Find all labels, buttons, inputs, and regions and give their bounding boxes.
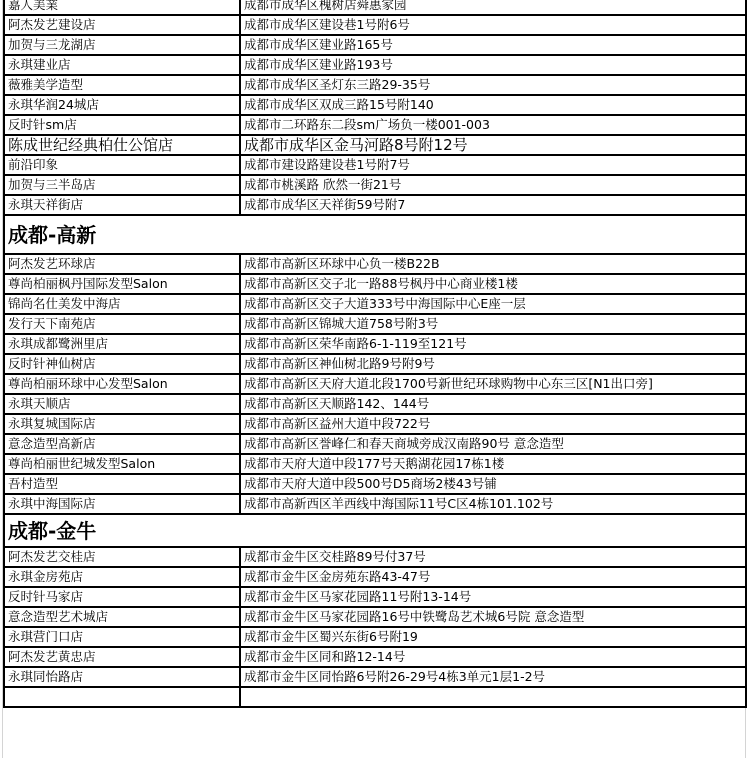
store-address-cell[interactable]: 成都市成华区金马河路8号附12号 xyxy=(240,135,746,155)
store-address-cell[interactable]: 成都市金牛区金房苑东路43-47号 xyxy=(240,567,746,587)
store-name-cell[interactable]: 前沿印象 xyxy=(4,155,240,175)
table-row: 反时针神仙树店 成都市高新区神仙树北路9号附9号 xyxy=(4,354,746,374)
table-row: 陈成世纪经典柏仕公馆店 成都市成华区金马河路8号附12号 xyxy=(4,135,746,155)
store-address-cell[interactable]: 成都市成华区建业路165号 xyxy=(240,35,746,55)
store-address-cell[interactable]: 成都市成华区建业路193号 xyxy=(240,55,746,75)
store-name-cell[interactable]: 吾村造型 xyxy=(4,474,240,494)
store-address-cell[interactable]: 成都市建设路建设巷1号附7号 xyxy=(240,155,746,175)
table-row: 意念造型高新店 成都市高新区誉峰仁和春天商城旁成汉南路90号 意念造型 xyxy=(4,434,746,454)
table-row: 发行天下南苑店 成都市高新区锦城大道758号附3号 xyxy=(4,314,746,334)
store-address-cell[interactable]: 成都市高新区交子北一路88号枫丹中心商业楼1楼 xyxy=(240,274,746,294)
store-address-cell[interactable]: 成都市天府大道中段177号天鹅湖花园17栋1楼 xyxy=(240,454,746,474)
store-name-cell[interactable]: 阿杰发艺建设店 xyxy=(4,15,240,35)
empty-cell[interactable] xyxy=(4,687,240,707)
store-name-cell[interactable]: 加贺与三半岛店 xyxy=(4,175,240,195)
store-name-cell[interactable]: 嘉人美業 xyxy=(4,0,240,15)
store-address-cell[interactable]: 成都市高新区誉峰仁和春天商城旁成汉南路90号 意念造型 xyxy=(240,434,746,454)
store-name-cell[interactable]: 意念造型艺术城店 xyxy=(4,607,240,627)
store-address-cell[interactable]: 成都市金牛区同怡路6号附26-29号4栋3单元1层1-2号 xyxy=(240,667,746,687)
store-name-cell[interactable]: 永琪华润24城店 xyxy=(4,95,240,115)
store-address-cell[interactable]: 成都市金牛区马家花园路11号附13-14号 xyxy=(240,587,746,607)
store-address-cell[interactable]: 成都市金牛区交桂路89号付37号 xyxy=(240,547,746,567)
store-address-cell[interactable]: 成都市二环路东二段sm广场负一楼001-003 xyxy=(240,115,746,135)
store-name-cell[interactable]: 反时针神仙树店 xyxy=(4,354,240,374)
store-address-cell[interactable]: 成都市成华区天祥街59号附7 xyxy=(240,195,746,215)
table-row: 永琪建业店 成都市成华区建业路193号 xyxy=(4,55,746,75)
store-address-cell[interactable]: 成都市高新西区羊西线中海国际11号C区4栋101.102号 xyxy=(240,494,746,514)
store-name-cell[interactable]: 加贺与三龙湖店 xyxy=(4,35,240,55)
store-name-cell[interactable]: 阿杰发艺环球店 xyxy=(4,254,240,274)
section-title[interactable]: 成都-金牛 xyxy=(4,514,746,547)
store-address-cell[interactable]: 成都市天府大道中段500号D5商场2楼43号铺 xyxy=(240,474,746,494)
store-name-cell[interactable]: 反时针sm店 xyxy=(4,115,240,135)
table-row: 永琪金房苑店 成都市金牛区金房苑东路43-47号 xyxy=(4,567,746,587)
table-row: 薇雅美学造型 成都市成华区圣灯东三路29-35号 xyxy=(4,75,746,95)
store-table: 嘉人美業 成都市成华区槐树店舜惠家园 阿杰发艺建设店 成都市成华区建设巷1号附6… xyxy=(3,0,747,708)
store-address-cell[interactable]: 成都市成华区双成三路15号附140 xyxy=(240,95,746,115)
section-header-gaoxin: 成都-高新 xyxy=(4,215,746,254)
table-row: 阿杰发艺环球店 成都市高新区环球中心负一楼B22B xyxy=(4,254,746,274)
table-row: 永琪同怡路店 成都市金牛区同怡路6号附26-29号4栋3单元1层1-2号 xyxy=(4,667,746,687)
store-name-cell[interactable]: 永琪天祥街店 xyxy=(4,195,240,215)
store-address-cell[interactable]: 成都市高新区锦城大道758号附3号 xyxy=(240,314,746,334)
store-name-cell[interactable]: 永琪营门口店 xyxy=(4,627,240,647)
table-row: 永琪中海国际店 成都市高新西区羊西线中海国际11号C区4栋101.102号 xyxy=(4,494,746,514)
store-name-cell[interactable]: 永琪同怡路店 xyxy=(4,667,240,687)
store-name-cell[interactable]: 发行天下南苑店 xyxy=(4,314,240,334)
table-row: 吾村造型 成都市天府大道中段500号D5商场2楼43号铺 xyxy=(4,474,746,494)
table-row: 前沿印象 成都市建设路建设巷1号附7号 xyxy=(4,155,746,175)
table-row: 永琪华润24城店 成都市成华区双成三路15号附140 xyxy=(4,95,746,115)
store-name-cell[interactable]: 尊尚柏丽环球中心发型Salon xyxy=(4,374,240,394)
table-row: 嘉人美業 成都市成华区槐树店舜惠家园 xyxy=(4,0,746,15)
store-name-cell[interactable]: 永琪复城国际店 xyxy=(4,414,240,434)
store-address-sheet: 嘉人美業 成都市成华区槐树店舜惠家园 阿杰发艺建设店 成都市成华区建设巷1号附6… xyxy=(3,0,745,708)
table-row: 尊尚柏丽世纪城发型Salon 成都市天府大道中段177号天鹅湖花园17栋1楼 xyxy=(4,454,746,474)
store-name-cell[interactable]: 阿杰发艺交桂店 xyxy=(4,547,240,567)
table-row: 永琪复城国际店 成都市高新区益州大道中段722号 xyxy=(4,414,746,434)
table-row: 加贺与三半岛店 成都市桃溪路 欣然一街21号 xyxy=(4,175,746,195)
table-row xyxy=(4,687,746,707)
table-row: 阿杰发艺交桂店 成都市金牛区交桂路89号付37号 xyxy=(4,547,746,567)
store-address-cell[interactable]: 成都市成华区槐树店舜惠家园 xyxy=(240,0,746,15)
section-header-jinniu: 成都-金牛 xyxy=(4,514,746,547)
table-row: 反时针马家店 成都市金牛区马家花园路11号附13-14号 xyxy=(4,587,746,607)
table-row: 永琪营门口店 成都市金牛区蜀兴东街6号附19 xyxy=(4,627,746,647)
store-address-cell[interactable]: 成都市高新区益州大道中段722号 xyxy=(240,414,746,434)
table-row: 反时针sm店 成都市二环路东二段sm广场负一楼001-003 xyxy=(4,115,746,135)
table-row: 加贺与三龙湖店 成都市成华区建业路165号 xyxy=(4,35,746,55)
store-name-cell[interactable]: 意念造型高新店 xyxy=(4,434,240,454)
store-address-cell[interactable]: 成都市高新区天府大道北段1700号新世纪环球购物中心东三区[N1出口旁] xyxy=(240,374,746,394)
table-row: 尊尚柏丽环球中心发型Salon 成都市高新区天府大道北段1700号新世纪环球购物… xyxy=(4,374,746,394)
store-address-cell[interactable]: 成都市金牛区同和路12-14号 xyxy=(240,647,746,667)
store-address-cell[interactable]: 成都市桃溪路 欣然一街21号 xyxy=(240,175,746,195)
store-name-cell[interactable]: 阿杰发艺黄忠店 xyxy=(4,647,240,667)
store-name-cell[interactable]: 永琪中海国际店 xyxy=(4,494,240,514)
store-address-cell[interactable]: 成都市金牛区蜀兴东街6号附19 xyxy=(240,627,746,647)
table-row: 锦尚名仕美发中海店 成都市高新区交子大道333号中海国际中心E座一层 xyxy=(4,294,746,314)
store-name-cell[interactable]: 永琪天顺店 xyxy=(4,394,240,414)
store-name-cell[interactable]: 锦尚名仕美发中海店 xyxy=(4,294,240,314)
table-row: 意念造型艺术城店 成都市金牛区马家花园路16号中铁鹭岛艺术城6号院 意念造型 xyxy=(4,607,746,627)
store-address-cell[interactable]: 成都市金牛区马家花园路16号中铁鹭岛艺术城6号院 意念造型 xyxy=(240,607,746,627)
store-address-cell[interactable]: 成都市高新区环球中心负一楼B22B xyxy=(240,254,746,274)
section-title[interactable]: 成都-高新 xyxy=(4,215,746,254)
store-name-cell[interactable]: 永琪成都鹭洲里店 xyxy=(4,334,240,354)
store-name-cell[interactable]: 永琪建业店 xyxy=(4,55,240,75)
store-name-cell[interactable]: 反时针马家店 xyxy=(4,587,240,607)
table-row: 阿杰发艺建设店 成都市成华区建设巷1号附6号 xyxy=(4,15,746,35)
table-row: 永琪天祥街店 成都市成华区天祥街59号附7 xyxy=(4,195,746,215)
store-address-cell[interactable]: 成都市成华区圣灯东三路29-35号 xyxy=(240,75,746,95)
store-address-cell[interactable]: 成都市成华区建设巷1号附6号 xyxy=(240,15,746,35)
table-row: 永琪天顺店 成都市高新区天顺路142、144号 xyxy=(4,394,746,414)
store-name-cell[interactable]: 永琪金房苑店 xyxy=(4,567,240,587)
store-name-cell[interactable]: 尊尚柏丽枫丹国际发型Salon xyxy=(4,274,240,294)
table-row: 尊尚柏丽枫丹国际发型Salon 成都市高新区交子北一路88号枫丹中心商业楼1楼 xyxy=(4,274,746,294)
table-row: 永琪成都鹭洲里店 成都市高新区荣华南路6-1-119至121号 xyxy=(4,334,746,354)
store-name-cell[interactable]: 陈成世纪经典柏仕公馆店 xyxy=(4,135,240,155)
store-name-cell[interactable]: 尊尚柏丽世纪城发型Salon xyxy=(4,454,240,474)
store-address-cell[interactable]: 成都市高新区天顺路142、144号 xyxy=(240,394,746,414)
table-row: 阿杰发艺黄忠店 成都市金牛区同和路12-14号 xyxy=(4,647,746,667)
store-address-cell[interactable]: 成都市高新区交子大道333号中海国际中心E座一层 xyxy=(240,294,746,314)
empty-cell[interactable] xyxy=(240,687,746,707)
store-name-cell[interactable]: 薇雅美学造型 xyxy=(4,75,240,95)
store-address-cell[interactable]: 成都市高新区神仙树北路9号附9号 xyxy=(240,354,746,374)
store-address-cell[interactable]: 成都市高新区荣华南路6-1-119至121号 xyxy=(240,334,746,354)
